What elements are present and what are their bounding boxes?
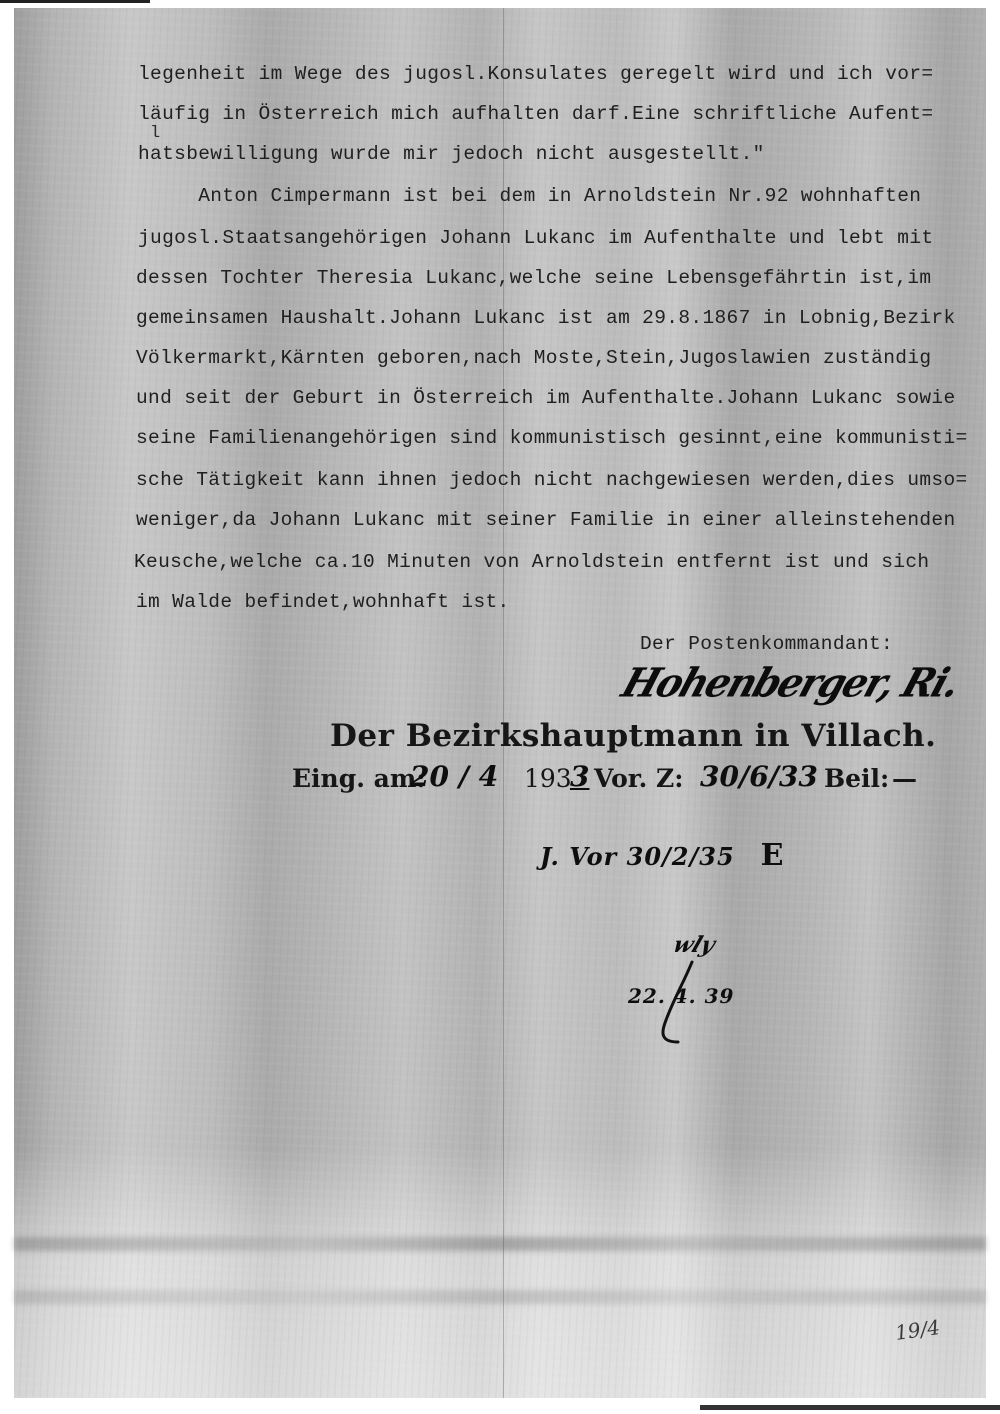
body-line: und seit der Geburt in Österreich im Auf… — [136, 388, 956, 408]
handwritten-note-mark: E — [761, 838, 785, 873]
fold-line — [503, 8, 504, 1398]
body-line: Keusche,welche ca.10 Minuten von Arnolds… — [134, 552, 929, 572]
stamp-received-row: Eing. am: 20 / 4 193 3 Vor. Z: 30/6/33 B… — [292, 764, 972, 800]
stamp-received-date: 20 / 4 — [410, 760, 498, 793]
stamp-year-handwritten: 3 — [570, 760, 589, 793]
stamp-title: Der Bezirkshauptmann in Villach. — [330, 718, 936, 754]
interlinear-correction: l — [150, 124, 161, 144]
stamp-vor-value: 30/6/33 — [700, 760, 818, 793]
handwritten-signature: Hohenberger, Ri. — [616, 659, 965, 706]
handwritten-note-text: J. Vor 30/2/35 — [540, 842, 735, 871]
body-line: im Walde befindet,wohnhaft ist. — [136, 592, 510, 612]
stamp-vor-label: Vor. Z: — [594, 764, 684, 793]
body-line: gemeinsamen Haushalt.Johann Lukanc ist a… — [136, 308, 956, 328]
handwritten-date: 22. 4. 39 — [628, 984, 734, 1008]
body-line: hatsbewilligung wurde mir jedoch nicht a… — [138, 144, 765, 164]
stamp-received-label: Eing. am: — [292, 764, 426, 793]
stamp-beil-label: Beil: — [824, 764, 889, 793]
handwritten-note: J. Vor 30/2/35E — [540, 838, 785, 873]
copy-smear — [14, 1290, 986, 1304]
body-line: dessen Tochter Theresia Lukanc,welche se… — [136, 268, 931, 288]
scan-edge-bottom — [700, 1405, 1000, 1410]
typed-body: legenheit im Wege des jugosl.Konsulates … — [0, 0, 24, 340]
body-line: Völkermarkt,Kärnten geboren,nach Moste,S… — [136, 348, 931, 368]
body-line: seine Familienangehörigen sind kommunist… — [136, 428, 968, 448]
body-line: Anton Cimpermann ist bei dem in Arnoldst… — [150, 186, 921, 206]
stamp-year-printed: 193 — [524, 764, 572, 793]
signature-label: Der Postenkommandant: — [640, 634, 893, 654]
body-line: jugosl.Staatsangehörigen Johann Lukanc i… — [138, 228, 933, 248]
body-line: sche Tätigkeit kann ihnen jedoch nicht n… — [136, 470, 968, 490]
body-line: weniger,da Johann Lukanc mit seiner Fami… — [136, 510, 956, 530]
stamp-beil-value: — — [892, 764, 917, 793]
body-line: legenheit im Wege des jugosl.Konsulates … — [138, 64, 933, 84]
copy-smear — [14, 1237, 986, 1251]
body-line: läufig in Österreich mich aufhalten darf… — [138, 104, 933, 124]
